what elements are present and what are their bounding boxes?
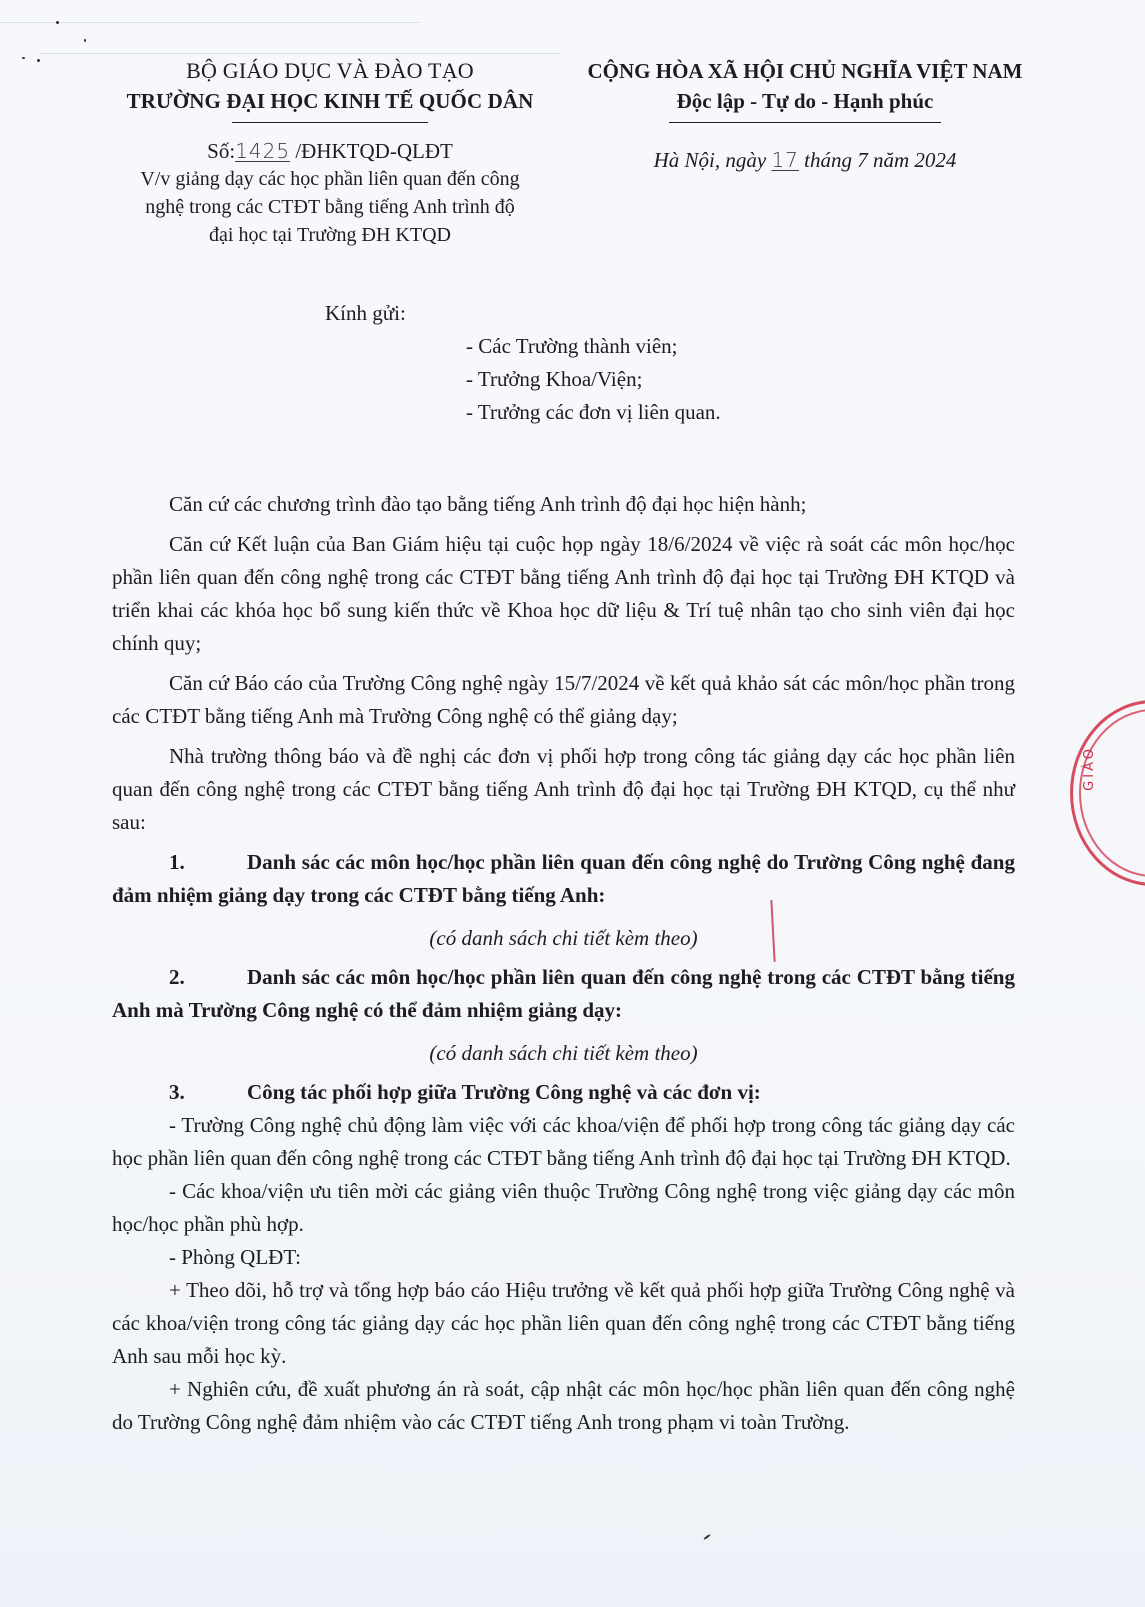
- document-number-prefix: Số:: [207, 139, 235, 163]
- attachment-note: (có danh sách chi tiết kèm theo): [112, 1037, 1015, 1070]
- section-item: - Trường Công nghệ chủ động làm việc với…: [112, 1109, 1015, 1175]
- recipient-item: - Các Trường thành viên;: [466, 330, 721, 363]
- section-item: - Các khoa/viện ưu tiên mời các giảng vi…: [112, 1175, 1015, 1241]
- scan-speck: [84, 39, 86, 42]
- preamble-paragraph: Căn cứ Kết luận của Ban Giám hiệu tại cu…: [112, 528, 1015, 660]
- document-number-handwritten: 1425: [235, 139, 290, 163]
- recipients-label: Kính gửi:: [325, 298, 406, 328]
- subject-line: đại học tại Trường ĐH KTQD: [100, 221, 560, 249]
- scan-speck: [22, 57, 25, 59]
- section-number: 1.: [169, 846, 247, 879]
- recipients-list: - Các Trường thành viên; - Trưởng Khoa/V…: [466, 330, 721, 429]
- section-heading-3: 3.Công tác phối hợp giữa Trường Công ngh…: [112, 1076, 1015, 1109]
- section-number: 2.: [169, 961, 247, 994]
- section-title: Danh sác các môn học/học phần liên quan …: [112, 850, 1015, 907]
- section-title: Danh sác các môn học/học phần liên quan …: [112, 965, 1015, 1022]
- date-suffix: tháng 7 năm 2024: [804, 148, 956, 172]
- republic-name: CỘNG HÒA XÃ HỘI CHỦ NGHĨA VIỆT NAM: [545, 56, 1065, 86]
- date-day-handwritten: 17: [771, 148, 798, 172]
- national-header: CỘNG HÒA XÃ HỘI CHỦ NGHĨA VIỆT NAM Độc l…: [545, 56, 1065, 175]
- subject-line: V/v giảng dạy các học phần liên quan đến…: [100, 165, 560, 193]
- scan-speck: [37, 59, 40, 62]
- attachment-note: (có danh sách chi tiết kèm theo): [112, 922, 1015, 955]
- section-item: + Theo dõi, hỗ trợ và tổng hợp báo cáo H…: [112, 1274, 1015, 1373]
- preamble-paragraph: Nhà trường thông báo và đề nghị các đơn …: [112, 740, 1015, 839]
- document-number: Số:1425 /ĐHKTQD-QLĐT: [100, 137, 560, 165]
- scan-artifact-line: [0, 22, 420, 23]
- motto-underline: [669, 122, 941, 123]
- recipient-item: - Trưởng Khoa/Viện;: [466, 363, 721, 396]
- section-number: 3.: [169, 1076, 247, 1109]
- section-item: + Nghiên cứu, đề xuất phương án rà soát,…: [112, 1373, 1015, 1439]
- preamble-paragraph: Căn cứ Báo cáo của Trường Công nghệ ngày…: [112, 667, 1015, 733]
- scan-speck: [703, 1534, 711, 1540]
- section-heading-1: 1.Danh sác các môn học/học phần liên qua…: [112, 846, 1015, 912]
- document-page: BỘ GIÁO DỤC VÀ ĐÀO TẠO TRƯỜNG ĐẠI HỌC KI…: [0, 0, 1145, 1607]
- issuer-underline: [232, 122, 428, 123]
- date-prefix: Hà Nội, ngày: [654, 148, 767, 172]
- national-motto: Độc lập - Tự do - Hạnh phúc: [545, 86, 1065, 116]
- subject-line: nghệ trong các CTĐT bằng tiếng Anh trình…: [100, 193, 560, 221]
- official-stamp: [1070, 700, 1145, 886]
- ministry-name: BỘ GIÁO DỤC VÀ ĐÀO TẠO: [100, 56, 560, 86]
- section-item: - Phòng QLĐT:: [112, 1241, 1015, 1274]
- preamble-paragraph: Căn cứ các chương trình đào tạo bằng tiế…: [112, 488, 1015, 521]
- university-name: TRƯỜNG ĐẠI HỌC KINH TẾ QUỐC DÂN: [100, 86, 560, 116]
- issuer-block: BỘ GIÁO DỤC VÀ ĐÀO TẠO TRƯỜNG ĐẠI HỌC KI…: [100, 56, 560, 249]
- section-title: Công tác phối hợp giữa Trường Công nghệ …: [247, 1080, 761, 1104]
- recipient-item: - Trưởng các đơn vị liên quan.: [466, 396, 721, 429]
- scan-speck: [56, 21, 59, 24]
- scan-artifact-line: [40, 53, 560, 54]
- document-subject: V/v giảng dạy các học phần liên quan đến…: [100, 165, 560, 249]
- place-and-date: Hà Nội, ngày 17 tháng 7 năm 2024: [545, 145, 1065, 175]
- document-body: Căn cứ các chương trình đào tạo bằng tiế…: [112, 488, 1015, 1439]
- stamp-text: GIÁO: [1082, 746, 1097, 791]
- document-number-suffix: /ĐHKTQD-QLĐT: [295, 139, 452, 163]
- section-heading-2: 2.Danh sác các môn học/học phần liên qua…: [112, 961, 1015, 1027]
